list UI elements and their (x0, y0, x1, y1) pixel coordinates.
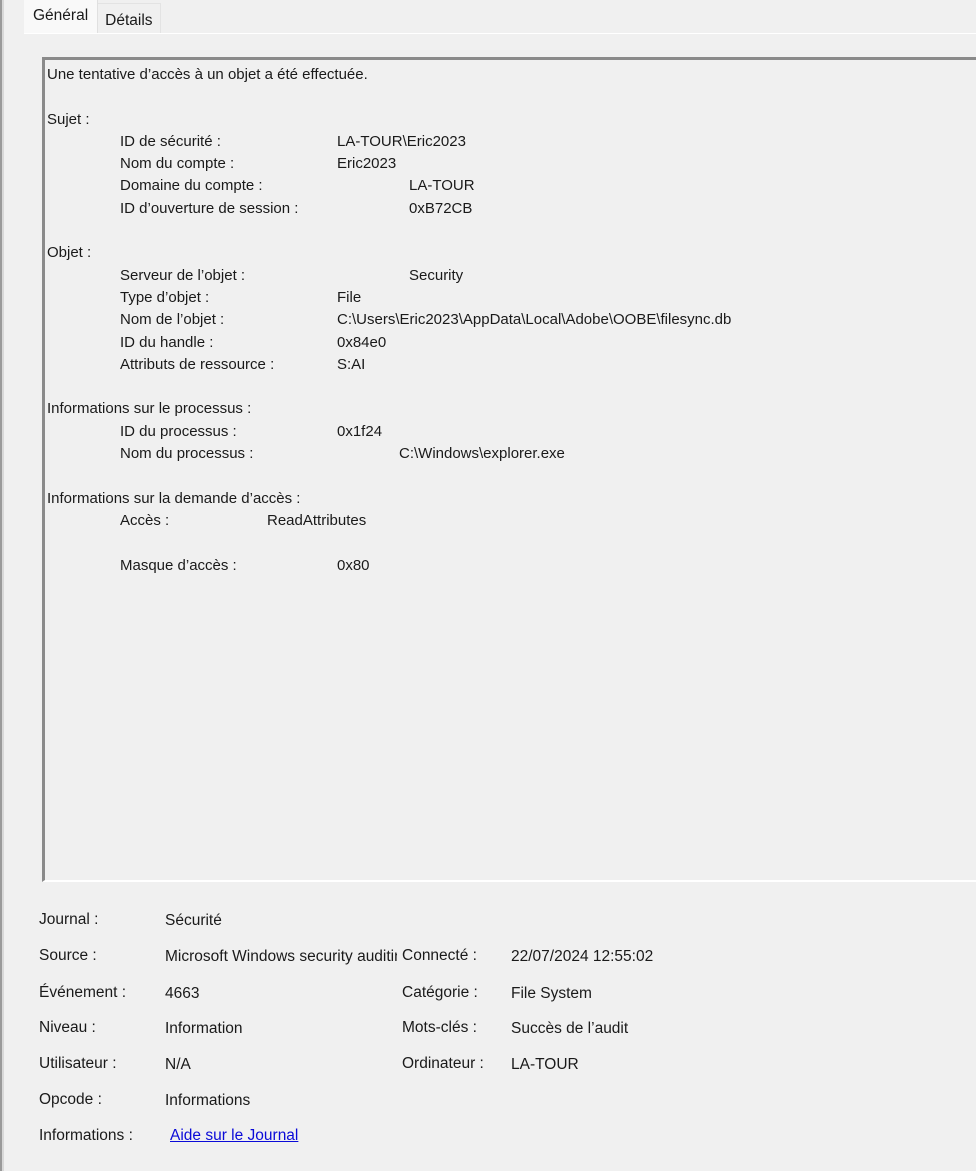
field-value: Eric2023 (337, 153, 396, 175)
desc-row: Masque d’accès : 0x80 (47, 555, 976, 577)
field-value: File (337, 287, 361, 309)
section-heading-objet: Objet : (47, 242, 976, 264)
window-left-edge (0, 0, 6, 1171)
description-summary: Une tentative d’accès à un objet a été e… (47, 64, 976, 86)
field-value: C:\Windows\explorer.exe (399, 443, 565, 465)
field-label: ID d’ouverture de session : (120, 198, 298, 220)
desc-row: Serveur de l’objet : Security (47, 265, 976, 287)
section-heading-sujet: Sujet : (47, 109, 976, 131)
desc-row: ID du processus : 0x1f24 (47, 421, 976, 443)
tab-strip: Général Détails (24, 0, 161, 33)
field-value: C:\Users\Eric2023\AppData\Local\Adobe\OO… (337, 309, 731, 331)
journal-value[interactable]: Sécurité (165, 912, 222, 930)
field-value: 0x84e0 (337, 332, 386, 354)
field-value: 0xB72CB (409, 198, 472, 220)
field-label: ID du handle : (120, 332, 213, 354)
niveau-label: Niveau : (39, 1019, 96, 1037)
evenement-value[interactable]: 4663 (165, 985, 199, 1003)
ordinateur-label: Ordinateur : (402, 1055, 484, 1073)
desc-row: ID du handle : 0x84e0 (47, 332, 976, 354)
journal-label: Journal : (39, 911, 98, 929)
desc-row: ID d’ouverture de session : 0xB72CB (47, 198, 976, 220)
opcode-label: Opcode : (39, 1091, 102, 1109)
tab-general[interactable]: Général (24, 0, 98, 33)
categorie-value[interactable]: File System (511, 985, 592, 1003)
field-label: Domaine du compte : (120, 175, 263, 197)
utilisateur-label: Utilisateur : (39, 1055, 117, 1073)
desc-row: Type d’objet : File (47, 287, 976, 309)
field-label: Nom de l’objet : (120, 309, 224, 331)
source-value[interactable]: Microsoft Windows security auditing. (165, 948, 397, 966)
field-label: Nom du processus : (120, 443, 253, 465)
field-label: Attributs de ressource : (120, 354, 274, 376)
field-value: ReadAttributes (267, 510, 366, 532)
field-label: ID du processus : (120, 421, 237, 443)
niveau-value[interactable]: Information (165, 1020, 243, 1038)
field-value: 0x1f24 (337, 421, 382, 443)
ordinateur-value[interactable]: LA-TOUR (511, 1056, 579, 1074)
field-label: Serveur de l’objet : (120, 265, 245, 287)
field-label: Masque d’accès : (120, 555, 237, 577)
field-value: LA-TOUR\Eric2023 (337, 131, 466, 153)
field-value: LA-TOUR (409, 175, 475, 197)
connecte-label: Connecté : (402, 947, 477, 965)
field-label: Nom du compte : (120, 153, 234, 175)
desc-row: Nom du compte : Eric2023 (47, 153, 976, 175)
categorie-label: Catégorie : (402, 984, 478, 1002)
evenement-label: Événement : (39, 984, 126, 1002)
field-value: S:AI (337, 354, 365, 376)
field-label: Type d’objet : (120, 287, 209, 309)
tab-details[interactable]: Détails (98, 3, 160, 33)
field-label: Accès : (120, 510, 169, 532)
mots-cles-value[interactable]: Succès de l’audit (511, 1020, 628, 1038)
section-heading-demande-acces: Informations sur la demande d’accès : (47, 488, 976, 510)
utilisateur-value[interactable]: N/A (165, 1056, 191, 1074)
aide-journal-link[interactable]: Aide sur le Journal (170, 1127, 298, 1145)
desc-row: ID de sécurité : LA-TOUR\Eric2023 (47, 131, 976, 153)
desc-row: Attributs de ressource : S:AI (47, 354, 976, 376)
connecte-value[interactable]: 22/07/2024 12:55:02 (511, 948, 653, 966)
field-value: 0x80 (337, 555, 370, 577)
mots-cles-label: Mots-clés : (402, 1019, 477, 1037)
opcode-value[interactable]: Informations (165, 1092, 250, 1110)
field-value: Security (409, 265, 463, 287)
desc-row: Nom du processus : C:\Windows\explorer.e… (47, 443, 976, 465)
desc-row: Nom de l’objet : C:\Users\Eric2023\AppDa… (47, 309, 976, 331)
section-heading-processus: Informations sur le processus : (47, 398, 976, 420)
informations-label: Informations : (39, 1127, 133, 1145)
event-description-box[interactable]: Une tentative d’accès à un objet a été e… (42, 57, 976, 882)
field-label: ID de sécurité : (120, 131, 221, 153)
desc-row: Domaine du compte : LA-TOUR (47, 175, 976, 197)
source-label: Source : (39, 947, 97, 965)
desc-row: Accès : ReadAttributes (47, 510, 976, 532)
